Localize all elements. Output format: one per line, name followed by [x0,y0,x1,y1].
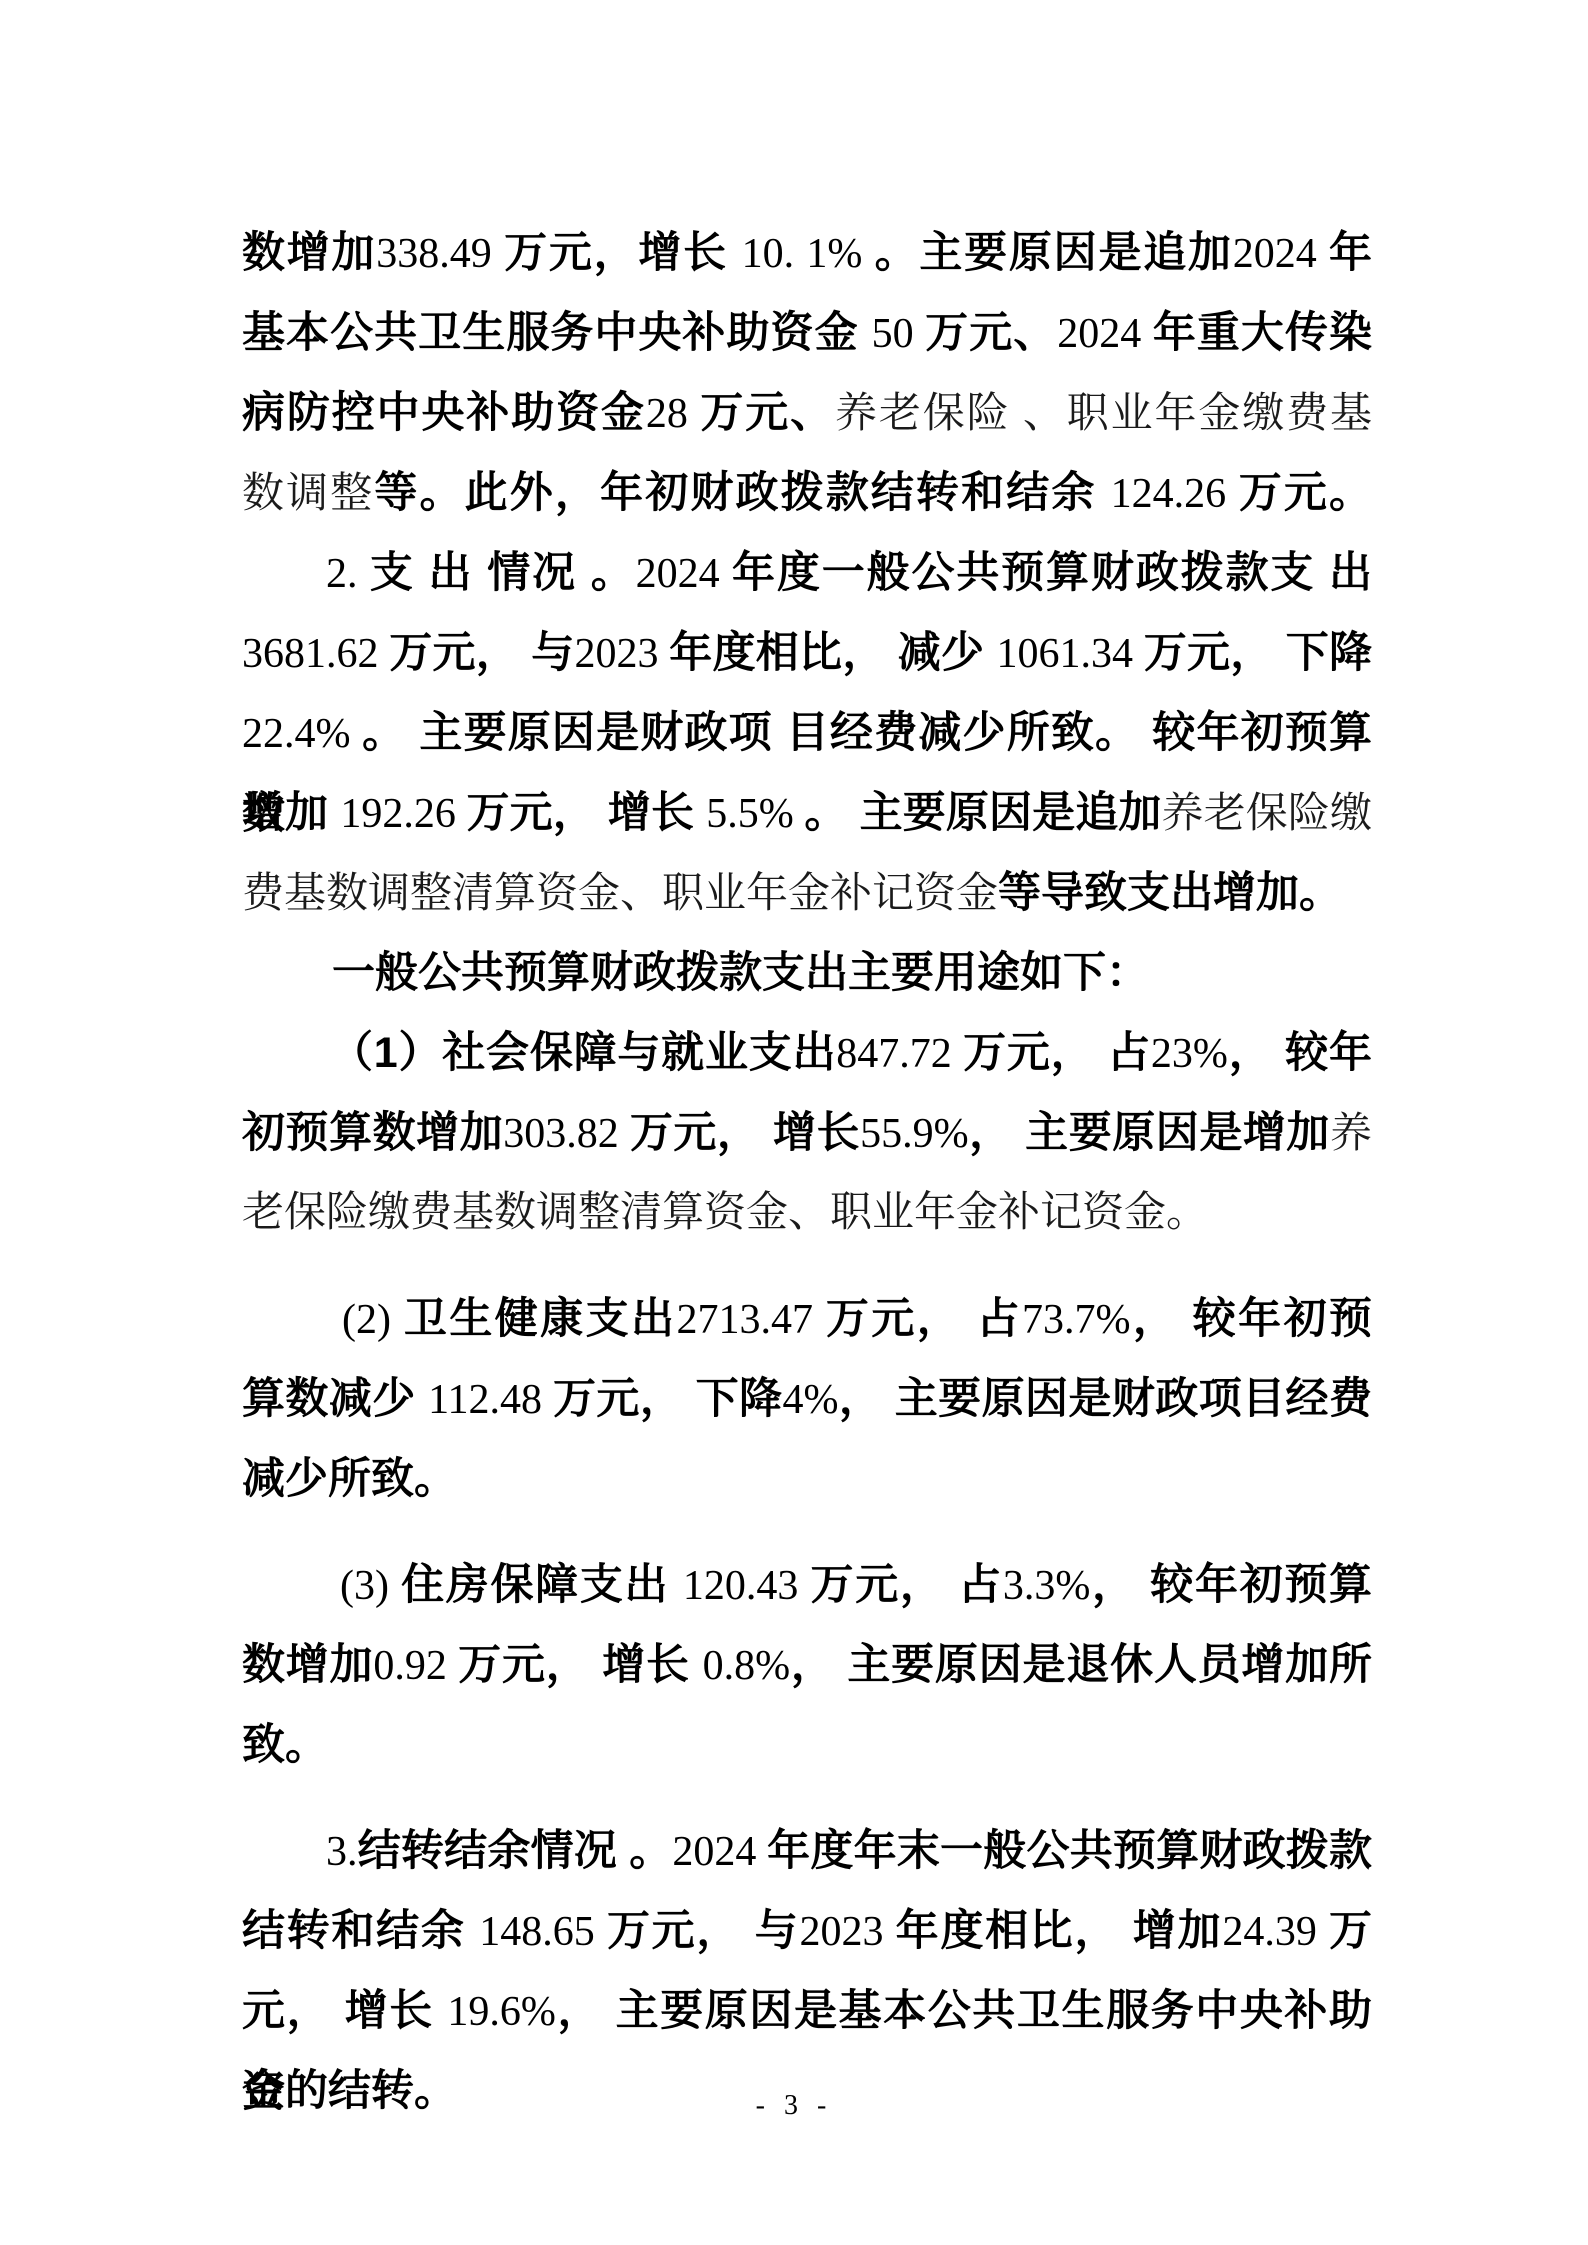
text-run-hei: 年度相比， 增加 [896,1907,1223,1955]
text-run-num: 338.49 [376,231,504,277]
text-run-num: 5.5% [706,791,804,837]
text-run-hei: 减少所致。 [242,1455,457,1503]
text-run-num: 2023 [799,1909,895,1955]
text-run-kai: 养 [1330,1111,1372,1157]
text-line: 元， 增长 19.6%， 主要原因是基本公共卫生服务中央补助资 [242,1971,1372,2051]
text-run-hei: 住房保障支出 [401,1561,683,1609]
text-run-hei: 支 出 情况 。 [370,549,636,597]
text-line: 22.4% 。 主要原因是财政项 目经费减少所致。 较年初预算数 [242,693,1372,773]
text-run-num: 120.43 [683,1563,811,1609]
text-line: 费基数调整清算资金、职业年金补记资金等导致支出增加。 [242,853,1372,933]
text-run-hei: 万元， 占 [811,1561,1003,1609]
text-run-num: 2024 [636,551,732,597]
text-run-hei: 初预算数增加 [242,1109,503,1157]
text-run-num: 847.72 [836,1031,963,1077]
text-run-hei: 万元， 增长 [466,789,706,837]
text-line: 减少所致。 [242,1439,1372,1519]
text-run-hei: 年度年末一般公共预算财政拨款 [767,1827,1372,1875]
text-run-hei: ， 较年初预算 [1090,1561,1372,1609]
text-run-hei: 万元， 下降 [1144,629,1372,677]
text-run-hei: 万元， 占 [826,1295,1022,1343]
text-run-hei: 结转和结余 [242,1907,479,1955]
text-line: 数增加0.92 万元， 增长 0.8%， 主要原因是退休人员增加所 [242,1625,1372,1705]
text-run-hei: 病防控中央补助资金 [242,389,646,437]
text-line: 3.结转结余情况 。2024 年度年末一般公共预算财政拨款 [242,1811,1372,1891]
text-line: 算数减少 112.48 万元， 下降4%， 主要原因是财政项目经费 [242,1359,1372,1439]
text-run-num: 0.8% [703,1643,791,1689]
text-run-kai: 养老保险 、职业年金缴费基 [835,391,1372,437]
text-line: 基本公共卫生服务中央补助资金 50 万元、2024 年重大传染 [242,293,1372,373]
text-run-num: 50 [872,311,926,357]
text-run-kai: 费基数调整清算资金、职业年金补记资金 [242,871,998,917]
text-run-hei: 万元， 占 [963,1029,1151,1077]
text-line: （1）社会保障与就业支出847.72 万元， 占23%， 较年 [242,1013,1372,1093]
text-line: 数调整等。此外，年初财政拨款结转和结余 124.26 万元。 [242,453,1372,533]
text-run-hei: 万元， 增长 [630,1109,860,1157]
text-run-hei: 万元， 与 [389,629,574,677]
text-line: 结转和结余 148.65 万元， 与2023 年度相比， 增加24.39 万 [242,1891,1372,1971]
text-run-num: 0.92 [373,1643,458,1689]
text-run-num: 2024 [1057,311,1153,357]
text-line: 3681.62 万元， 与2023 年度相比， 减少 1061.34 万元， 下… [242,613,1372,693]
text-line: 增加 192.26 万元， 增长 5.5% 。 主要原因是追加养老保险缴 [242,773,1372,853]
text-run-hei: 年重大传染 [1153,309,1372,357]
text-run-hei: 。 主要原因是追加 [804,789,1161,837]
text-run-num: 22.4% [242,711,362,757]
text-run-hei: 万 [1329,1907,1372,1955]
text-run-hei: 年 [1329,229,1372,277]
text-run-hei: 元， 增长 [242,1987,447,2035]
text-run-hei: 。主要原因是追加 [875,229,1233,277]
text-line: (3) 住房保障支出 120.43 万元， 占3.3%， 较年初预算 [242,1545,1372,1625]
text-run-hei: 数增加 [242,229,376,277]
text-run-hei: 万元、 [925,309,1057,357]
text-run-num: 148.65 [479,1909,607,1955]
text-run-num: 2713.47 [676,1297,825,1343]
text-run-num: 4% [782,1377,838,1423]
document-page: 数增加338.49 万元，增长 10. 1% 。主要原因是追加2024 年基本公… [0,0,1588,2245]
text-run-hei: 等。此外，年初财政拨款结转和结余 [374,469,1110,517]
text-line: 致。 [242,1705,1372,1785]
document-content: 数增加338.49 万元，增长 10. 1% 。主要原因是追加2024 年基本公… [242,213,1372,2131]
page-number: - 3 - [0,2086,1588,2126]
text-run-hei: 结转结余情况 。 [358,1827,673,1875]
text-run-hei: 增加 [242,789,340,837]
text-line: 2. 支 出 情况 。2024 年度一般公共预算财政拨款支 出 [242,533,1372,613]
text-run-hei: ， 较年 [1228,1029,1372,1077]
text-run-hei: 致。 [242,1721,328,1769]
text-run-num: 19.6% [447,1989,556,2035]
text-line: 初预算数增加303.82 万元， 增长55.9%， 主要原因是增加养 [242,1093,1372,1173]
text-run-num: 303.82 [503,1111,630,1157]
text-run-num: 2024 [672,1829,767,1875]
text-run-hei: 万元、 [700,389,835,437]
text-run-hei: ， 主要原因是退休人员增加所 [790,1641,1372,1689]
text-run-kai: 养老保险缴 [1161,791,1372,837]
text-line: 病防控中央补助资金28 万元、养老保险 、职业年金缴费基 [242,373,1372,453]
text-run-num: 23% [1151,1031,1228,1077]
text-run-hei: 年度相比， 减少 [669,629,996,677]
text-run-hei: （1）社会保障与就业支出 [330,1029,836,1077]
text-run-num: 2024 [1233,231,1329,277]
text-line: 老保险缴费基数调整清算资金、职业年金补记资金。 [242,1173,1372,1253]
text-line: 一般公共预算财政拨款支出主要用途如下： [242,933,1372,1013]
text-run-num: 2023 [575,631,670,677]
text-run-hei: 等导致支出增加。 [998,869,1342,917]
text-line: 数增加338.49 万元，增长 10. 1% 。主要原因是追加2024 年 [242,213,1372,293]
text-run-hei: 算数减少 [242,1375,428,1423]
text-run-hei: 数增加 [242,1641,373,1689]
text-run-num: 73.7% [1022,1297,1131,1343]
text-run-hei: 万元，增长 [504,229,742,277]
text-run-hei: 万元， 下降 [553,1375,783,1423]
text-run-hei: 一般公共预算财政拨款支出主要用途如下： [332,949,1149,997]
text-run-hei: ， 主要原因是财政项目经费 [838,1375,1372,1423]
text-run-num: 24.39 [1222,1909,1329,1955]
text-run-hei: 万元。 [1239,469,1372,517]
text-run-hei: 万元， 增长 [458,1641,702,1689]
text-run-hei: ， 主要原因是增加 [969,1109,1330,1157]
text-run-num: (2) [342,1297,404,1343]
text-run-num: (3) [340,1563,401,1609]
text-run-num: 10. 1% [742,231,875,277]
text-run-num: 124.26 [1111,471,1239,517]
text-run-hei: 年度一般公共预算财政拨款支 出 [732,549,1372,597]
text-run-num: 1061.34 [997,631,1144,677]
text-run-kai: 数调整 [242,471,374,517]
text-run-num: 3.3% [1003,1563,1091,1609]
text-run-kai: 老保险缴费基数调整清算资金、职业年金补记资金。 [242,1190,1208,1236]
text-run-num: 112.48 [428,1377,553,1423]
text-run-hei: 基本公共卫生服务中央补助资金 [242,309,872,357]
text-run-num: 55.9% [860,1111,969,1157]
text-run-num: 3. [326,1829,358,1875]
text-run-num: 2. [326,551,370,597]
text-line: (2) 卫生健康支出2713.47 万元， 占73.7%， 较年初预 [242,1279,1372,1359]
text-run-num: 192.26 [340,791,466,837]
text-run-hei: ， 较年初预 [1131,1295,1373,1343]
text-run-num: 28 [646,391,700,437]
text-run-hei: 卫生健康支出 [404,1295,677,1343]
text-run-hei: 万元， 与 [607,1907,800,1955]
text-run-num: 3681.62 [242,631,389,677]
